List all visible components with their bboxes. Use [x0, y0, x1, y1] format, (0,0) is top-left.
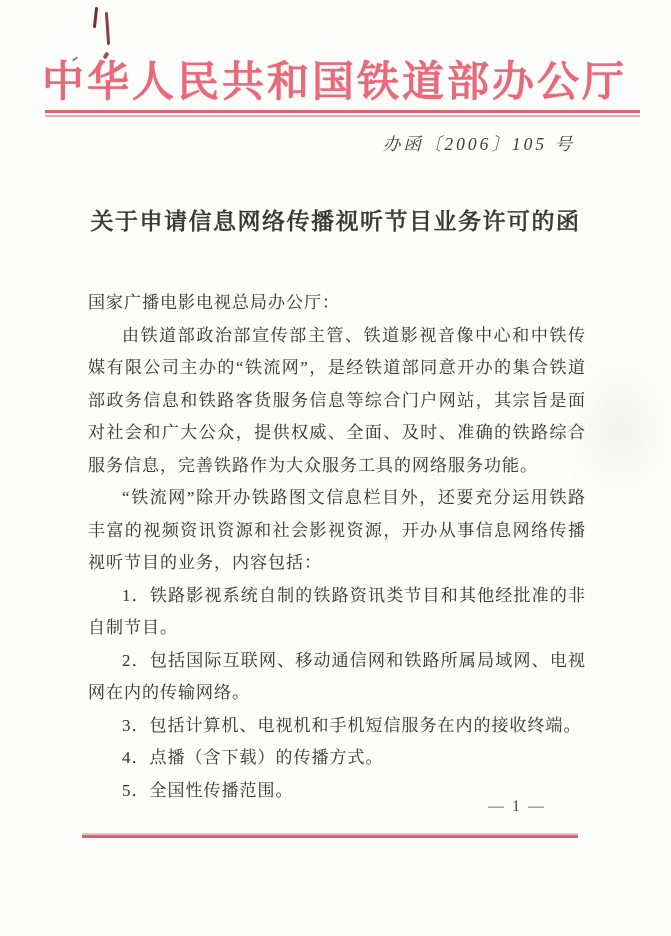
list-item-4: 4．点播（含下载）的传播方式。 — [88, 742, 586, 775]
document-title: 关于申请信息网络传播视听节目业务许可的函 — [0, 203, 671, 236]
letterhead-rule-top — [45, 110, 640, 113]
footer-rule-bottom — [82, 835, 578, 838]
list-item-3: 3．包括计算机、电视机和手机短信服务在内的接收终端。 — [88, 710, 586, 743]
document-page: 中华人民共和国铁道部办公厅 办函〔2006〕105 号 关于申请信息网络传播视听… — [0, 0, 671, 936]
list-item-1: 1．铁路影视系统自制的铁路资讯类节目和其他经批准的非自制节目。 — [88, 580, 586, 645]
page-number: — 1 — — [488, 798, 546, 816]
letterhead-rule — [45, 110, 640, 117]
ink-mark — [103, 51, 110, 59]
paragraph-2: “铁流网”除开办铁路图文信息栏目外，还要充分运用铁路丰富的视频资讯资源和社会影视… — [88, 482, 586, 580]
document-number: 办函〔2006〕105 号 — [383, 131, 575, 156]
salutation: 国家广播电影电视总局办公厅： — [88, 287, 586, 320]
ink-mark — [93, 7, 98, 28]
letterhead-rule-bottom — [45, 115, 640, 117]
letterhead-title: 中华人民共和国铁道部办公厅 — [42, 60, 642, 106]
document-body: 国家广播电影电视总局办公厅： 由铁道部政治部宣传部主管、铁道影视音像中心和中铁传… — [88, 287, 586, 807]
list-item-2: 2．包括国际互联网、移动通信网和铁路所属局域网、电视网在内的传输网络。 — [88, 645, 586, 710]
footer-rule — [82, 833, 578, 838]
ink-mark — [105, 12, 110, 45]
paragraph-1: 由铁道部政治部宣传部主管、铁道影视音像中心和中铁传媒有限公司主办的“铁流网”，是… — [88, 320, 586, 483]
